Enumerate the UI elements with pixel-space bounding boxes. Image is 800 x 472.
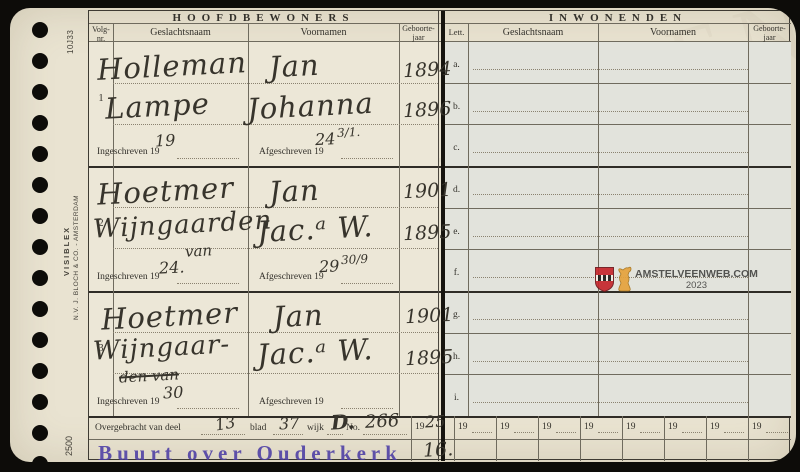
firstname-handwritten: Jan <box>268 173 320 210</box>
col-header-geslachtsnaam: Geslachtsnaam <box>113 27 248 38</box>
rule <box>748 416 749 461</box>
rule <box>598 23 599 416</box>
punch-hole <box>32 22 48 38</box>
afgeschreven-value <box>319 381 322 400</box>
entry-block-2: 2 Hoetmer Jan 1901 Wijngaarden van Jac.ᵃ… <box>89 166 438 291</box>
surname-handwritten: Hoetmer <box>96 170 235 211</box>
ingeschreven-value: 19 <box>155 130 176 150</box>
dotted-line <box>556 432 576 433</box>
afgeschreven-label: Afgeschreven 19 <box>259 397 324 407</box>
rule <box>445 124 791 125</box>
surname-handwritten: Wijngaarden <box>92 205 273 244</box>
year-cell-prefix: 19 <box>668 422 678 432</box>
dotted-line <box>473 402 748 403</box>
year-cell-prefix: 19 <box>458 422 468 432</box>
lodger-row-letter: c. <box>445 143 468 153</box>
scanned-register-card-page: { "margin": { "top_code": "10J33", "bran… <box>0 0 800 472</box>
dotted-line <box>682 432 702 433</box>
punch-hole <box>32 84 48 100</box>
rule <box>445 249 791 250</box>
entry-block-3: 3 Hoetmer Jan 1901 Wijngaar- den van Jac… <box>89 291 438 416</box>
register-card: AMSTELVEENWEB 10J33 VISIBLEX N.V. J. BLO… <box>10 8 796 462</box>
stamp-buurt-over-ouderkerk: Buurt over Ouderkerk <box>89 441 411 462</box>
margin-bottom-code: 2500 <box>64 412 74 456</box>
dotted-line <box>640 432 660 433</box>
col-header-lett: Lett. <box>445 28 468 38</box>
rule <box>664 416 665 461</box>
lodger-row-letter: h. <box>445 352 468 362</box>
margin-brand-sub: N.V. J. BLOCH & CO. - AMSTERDAM <box>73 156 80 320</box>
right-section-bg <box>445 41 791 416</box>
dotted-line <box>473 69 748 70</box>
dotted-line <box>113 248 438 249</box>
dotted-line <box>473 319 748 320</box>
ingeschreven-value: 24. <box>159 257 185 277</box>
punch-hole <box>32 394 48 410</box>
dotted-line <box>177 158 239 159</box>
dotted-line <box>766 432 788 433</box>
col-header-geboortejaar-right: Geboorte-jaar <box>748 24 791 42</box>
dotted-line <box>473 236 748 237</box>
year-cell-prefix: 19 <box>626 422 636 432</box>
no-label: No. <box>346 423 360 433</box>
lodger-row-letter: a. <box>445 60 468 70</box>
year-cell-prefix: 19 <box>752 422 762 432</box>
surname-prefix-handwritten: van <box>185 241 213 260</box>
punch-hole <box>32 332 48 348</box>
dotted-line <box>514 432 534 433</box>
col-header-geslachtsnaam-right: Geslachtsnaam <box>468 27 598 38</box>
rule <box>496 416 497 461</box>
dotted-line <box>177 283 239 284</box>
lodger-row-letter: g. <box>445 310 468 320</box>
dotted-line <box>473 361 748 362</box>
punch-hole <box>32 208 48 224</box>
rule <box>538 416 539 461</box>
afgeschreven-label: Afgeschreven 19 <box>259 272 324 282</box>
dotted-line <box>724 432 744 433</box>
year-cell-prefix: 19 <box>710 422 720 432</box>
rule <box>445 374 791 375</box>
lodger-row-letter: e. <box>445 227 468 237</box>
lodger-row-letter: i. <box>445 393 468 403</box>
margin-top-code: 10J33 <box>66 8 75 54</box>
firstname-handwritten: Jac.ᵃ W. <box>256 209 374 249</box>
wijk-label: wijk <box>307 423 324 433</box>
afgeschreven-year: 24 <box>315 129 336 149</box>
punch-hole <box>32 146 48 162</box>
col-header-geboortejaar: Geboorte-jaar <box>399 24 438 42</box>
lion-icon <box>617 266 632 292</box>
punch-hole <box>32 239 48 255</box>
year-cell-value: 25 <box>425 411 446 431</box>
shield-icon <box>595 267 614 292</box>
ingeschreven-label: Ingeschreven 19 <box>97 147 160 157</box>
dotted-line <box>473 194 748 195</box>
rule <box>445 208 791 209</box>
firstname-handwritten: Jac.ᵃ W. <box>256 332 374 372</box>
lodger-row-letter: f. <box>445 268 468 278</box>
watermark-text: AMSTELVEENWEB.COM 2023 <box>635 268 758 291</box>
afgeschreven-year: 29 <box>319 256 340 276</box>
section-title-inwonenden: INWONENDEN <box>445 12 791 24</box>
rule <box>411 416 412 461</box>
blad-value: 37 <box>279 413 300 433</box>
firstname-handwritten: Jan <box>268 48 320 85</box>
year-cell-prefix: 19 <box>415 422 425 432</box>
year-cell-prefix: 19 <box>500 422 510 432</box>
punch-hole <box>32 363 48 379</box>
rule <box>445 83 791 84</box>
entry-block-1: 1 Holleman Jan 1894 Lampe Johanna 1896 I… <box>89 41 438 166</box>
no-value: 266 <box>364 410 399 433</box>
punch-hole <box>32 115 48 131</box>
rule <box>748 23 749 416</box>
punch-hole <box>32 53 48 69</box>
note-handwritten: 16. <box>422 438 453 462</box>
punch-hole <box>32 270 48 286</box>
watermark-year: 2023 <box>686 280 707 291</box>
register-table: HOOFDBEWONERS INWONENDEN Volg-nr. Geslac… <box>88 10 790 460</box>
lodger-row-letter: b. <box>445 102 468 112</box>
dotted-line <box>177 408 239 409</box>
blad-label: blad <box>250 423 266 433</box>
deel-value: 13 <box>214 412 237 434</box>
afgeschreven-value: 243/1. <box>315 128 361 149</box>
firstname-handwritten: Jan <box>272 298 324 335</box>
dotted-line <box>473 111 748 112</box>
ingeschreven-label: Ingeschreven 19 <box>97 397 160 407</box>
dotted-line <box>472 432 492 433</box>
afgeschreven-daymonth <box>320 378 321 392</box>
dotted-line <box>473 152 748 153</box>
afgeschreven-daymonth: 3/1. <box>337 125 361 140</box>
dotted-line <box>598 432 618 433</box>
surname-handwritten: Holleman <box>96 45 248 87</box>
punch-hole <box>32 301 48 317</box>
rule <box>454 416 455 461</box>
dotted-line <box>341 158 393 159</box>
ingeschreven-label: Ingeschreven 19 <box>97 272 160 282</box>
dotted-line <box>201 434 245 435</box>
afgeschreven-year <box>319 381 320 400</box>
year-cell-prefix: 19 <box>584 422 594 432</box>
dotted-line <box>273 434 303 435</box>
overgebracht-label: Overgebracht van deel <box>95 423 181 433</box>
surname-handwritten: Wijngaar- <box>92 329 231 366</box>
punch-hole <box>32 456 48 462</box>
section-title-hoofdbewoners: HOOFDBEWONERS <box>89 12 438 24</box>
firstname-handwritten: Johanna <box>246 86 374 127</box>
watermark-logo: AMSTELVEENWEB.COM 2023 <box>595 263 758 295</box>
dotted-line <box>341 283 393 284</box>
dotted-line <box>363 434 407 435</box>
afgeschreven-label: Afgeschreven 19 <box>259 147 324 157</box>
punch-hole <box>32 425 48 441</box>
col-header-voornamen-right: Voornamen <box>598 27 748 38</box>
afgeschreven-daymonth: 30/9 <box>341 252 369 267</box>
watermark-site: AMSTELVEENWEB.COM <box>635 268 758 280</box>
ingeschreven-value: 30 <box>163 382 184 402</box>
afgeschreven-value: 2930/9 <box>319 255 369 277</box>
rule <box>445 333 791 334</box>
rule <box>468 23 469 416</box>
rule <box>706 416 707 461</box>
rule <box>580 416 581 461</box>
lodger-row-letter: d. <box>445 185 468 195</box>
col-header-voornamen: Voornamen <box>248 27 399 38</box>
margin-brand: VISIBLEX <box>62 200 71 276</box>
surname-handwritten: Lampe <box>104 86 210 125</box>
year-cell-prefix: 19 <box>542 422 552 432</box>
punch-hole <box>32 177 48 193</box>
rule <box>622 416 623 461</box>
